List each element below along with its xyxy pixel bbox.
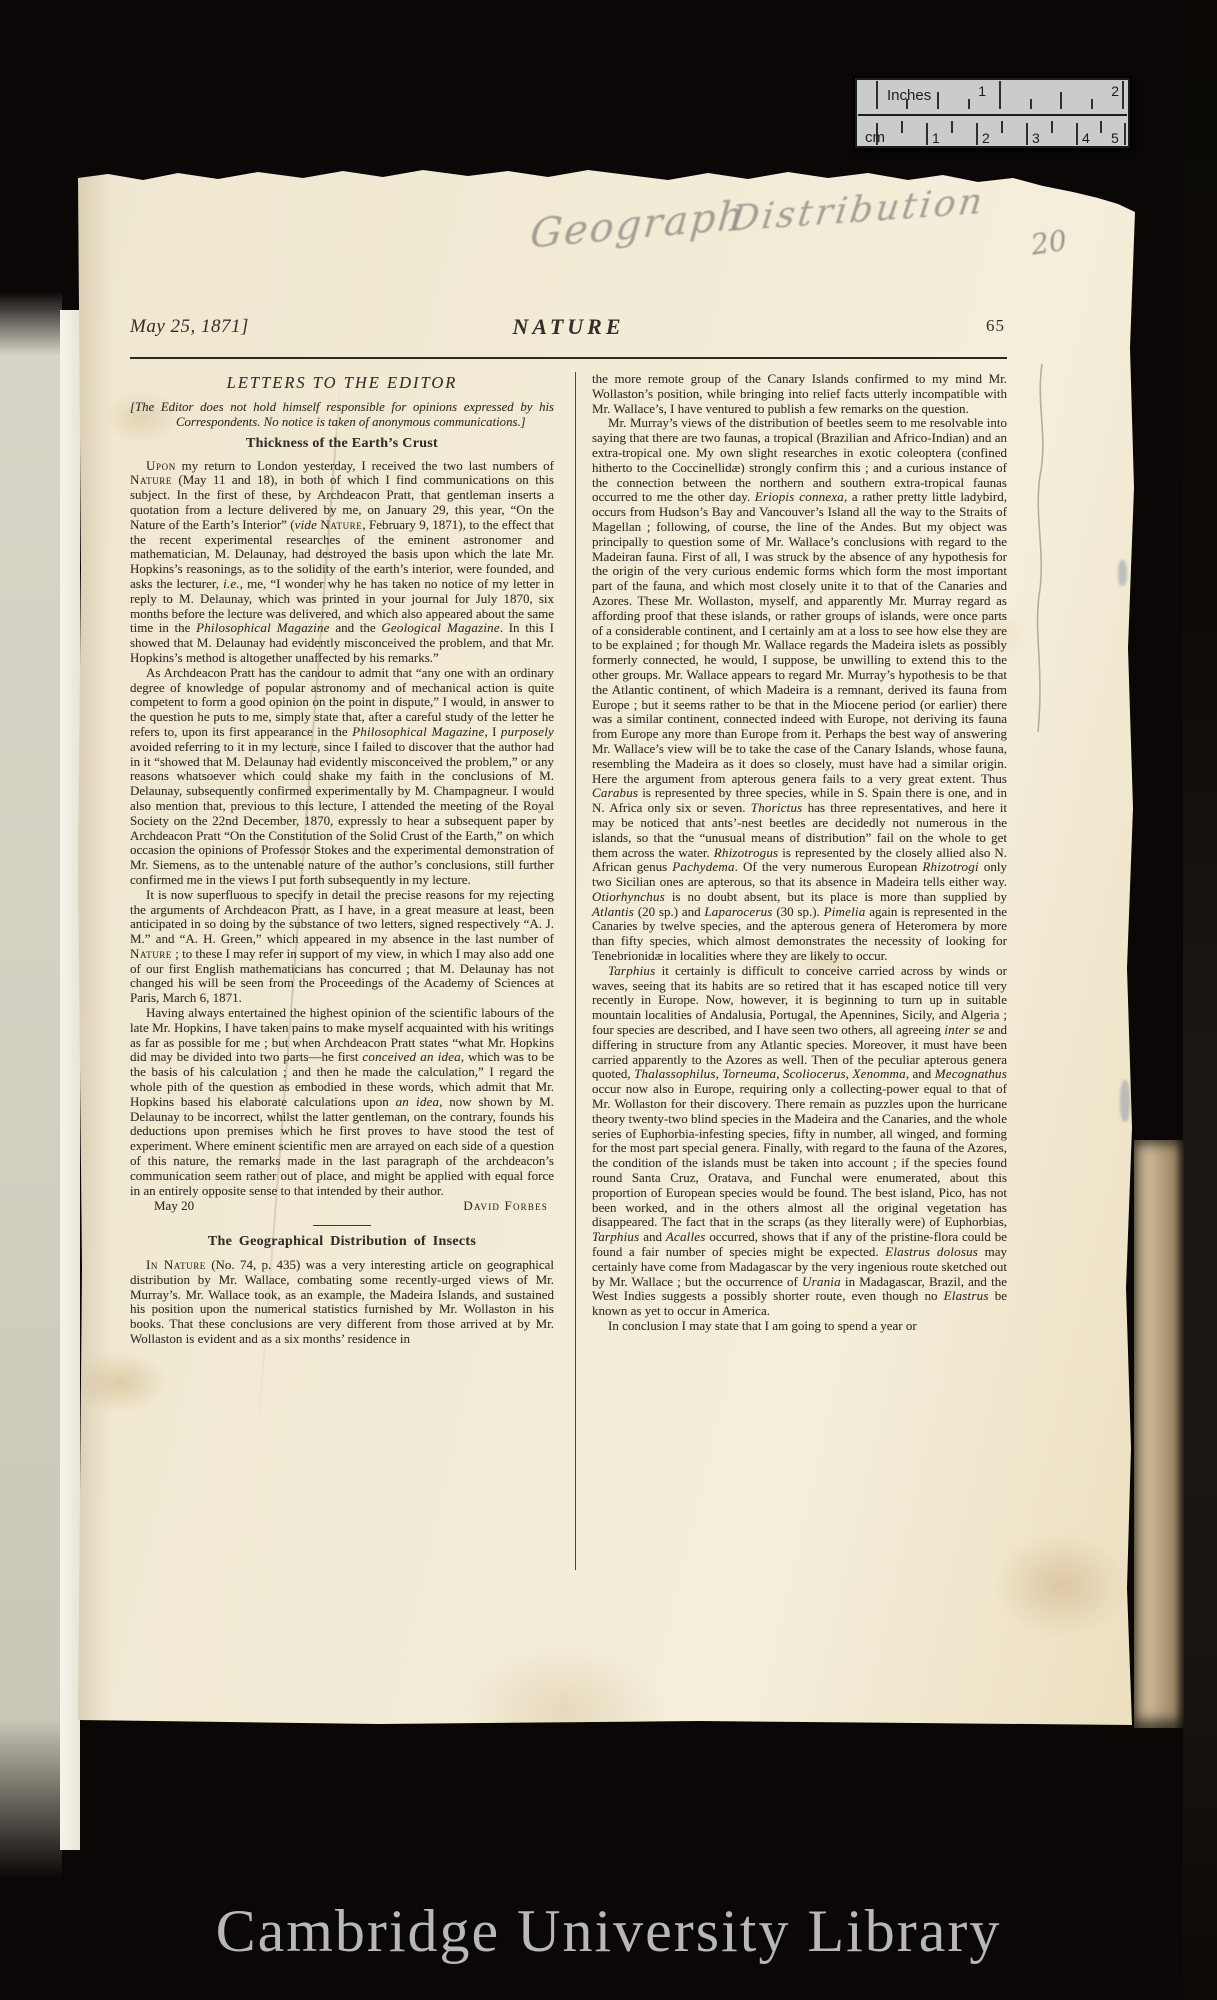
article-paragraph: Mr. Murray’s views of the distribution o…: [592, 416, 1007, 963]
left-column: LETTERS TO THE EDITOR [The Editor does n…: [130, 372, 554, 1347]
editor-note: [The Editor does not hold himself respon…: [130, 400, 554, 430]
signature-date: May 20: [154, 1199, 194, 1214]
ruler-inches-label: Inches: [887, 87, 931, 104]
scanned-page-photograph: Inches 1 2 cm 1 2 3 4 5 Geograph Distrib…: [0, 0, 1217, 2000]
article-paragraph: Tarphius it certainly is difficult to co…: [592, 964, 1007, 1319]
signature-row: May 20 David Forbes: [130, 1198, 554, 1214]
header-rule: [130, 357, 1007, 359]
blue-smudge: [1118, 560, 1127, 586]
ruler-cm-3: 3: [1032, 130, 1040, 146]
handwritten-page-number: 20: [1029, 224, 1069, 262]
letter-title: Thickness of the Earth’s Crust: [130, 437, 554, 452]
article-paragraph: In Nature (No. 74, p. 435) was a very in…: [130, 1258, 554, 1347]
insects-article-heading: The Geographical Distribution of Insects: [130, 1235, 554, 1250]
letter-paragraph: Having always entertained the highest op…: [130, 1006, 554, 1198]
signature-name: David Forbes: [463, 1199, 548, 1214]
section-divider-rule: [313, 1225, 371, 1226]
ruler-graphic: Inches 1 2 cm 1 2 3 4 5: [855, 78, 1130, 148]
ruler-cm-1: 1: [932, 130, 940, 146]
letter-paragraph: Upon my return to London yesterday, I re…: [130, 459, 554, 666]
letters-to-editor-heading: LETTERS TO THE EDITOR: [130, 376, 554, 391]
handwritten-annotation-word2: Distribution: [727, 181, 987, 240]
ruler-inch-1: 1: [978, 83, 986, 99]
blue-smudge: [1120, 1080, 1130, 1122]
ruler-cm-2: 2: [982, 130, 990, 146]
journal-title: NATURE: [130, 314, 1007, 340]
column-divider-rule: [575, 372, 576, 1570]
album-left-edge-strip: [0, 292, 62, 1878]
page-stack-tan-edge: [1134, 1140, 1184, 1728]
page-number: 65: [986, 316, 1005, 336]
article-paragraph: the more remote group of the Canary Isla…: [592, 372, 1007, 416]
measurement-ruler: Inches 1 2 cm 1 2 3 4 5: [855, 78, 1130, 148]
ruler-inch-2: 2: [1111, 83, 1119, 99]
ruler-cm-4: 4: [1082, 130, 1090, 146]
letter-paragraph: It is now superfluous to specify in deta…: [130, 888, 554, 1006]
pencil-margin-squiggle: [1033, 364, 1053, 734]
journal-page: Geograph Distribution 20 May 25, 1871] N…: [78, 168, 1135, 1725]
letter-paragraph: As Archdeacon Pratt has the candour to a…: [130, 666, 554, 888]
handwritten-annotation-word1: Geograph: [528, 192, 747, 257]
album-page-white-edge: [60, 310, 80, 1850]
library-watermark: Cambridge University Library: [0, 1893, 1217, 1969]
article-paragraph: In conclusion I may state that I am goin…: [592, 1319, 1007, 1334]
ruler-cm-5: 5: [1111, 130, 1119, 146]
page-header: May 25, 1871] NATURE 65: [130, 314, 1007, 342]
ruler-cm-label: cm: [865, 129, 885, 146]
right-column: the more remote group of the Canary Isla…: [592, 372, 1007, 1334]
black-cloth-right-edge: [1183, 0, 1217, 2000]
